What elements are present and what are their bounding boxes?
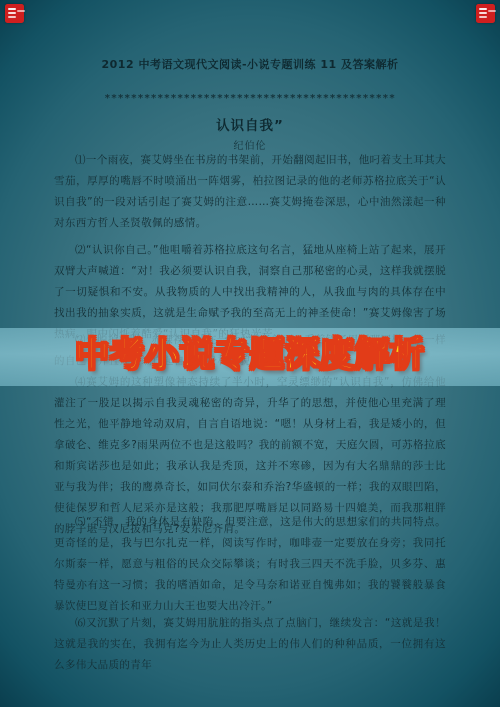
paragraph: ⑴一个雨夜，赛艾姆坐在书房的书架前，开始翻阅起旧书，他叼着支土耳其大雪茄，厚厚的…	[54, 150, 446, 234]
paragraph: ⑹又沉默了片刻，赛艾姆用肮脏的指头点了点脑门，继续发言：“这就是我！这就是我的实…	[54, 613, 446, 676]
divider-asterisks: ****************************************…	[0, 93, 500, 104]
document-page: 2012 中考语文现代文阅读-小说专题训练 11 及答案解析 *********…	[0, 0, 500, 707]
corner-seal-left	[5, 4, 24, 23]
seal-glyph-icon	[479, 8, 487, 10]
paragraph: ⑸“不错，我的身体是有缺陷，但要注意，这是伟大的思想家们的共同特点。更奇怪的是，…	[54, 512, 446, 617]
paragraph: ⑶他脱掉衣服，赤裸裸地站在一面大镜子前面，看着镜子里面那同样一模一样的自己，并且…	[54, 330, 446, 372]
doc-header-title: 2012 中考语文现代文阅读-小说专题训练 11 及答案解析	[0, 56, 500, 72]
article-title: 认识自我”	[0, 114, 500, 134]
seal-glyph-icon	[8, 8, 16, 10]
corner-seal-right	[476, 4, 495, 23]
